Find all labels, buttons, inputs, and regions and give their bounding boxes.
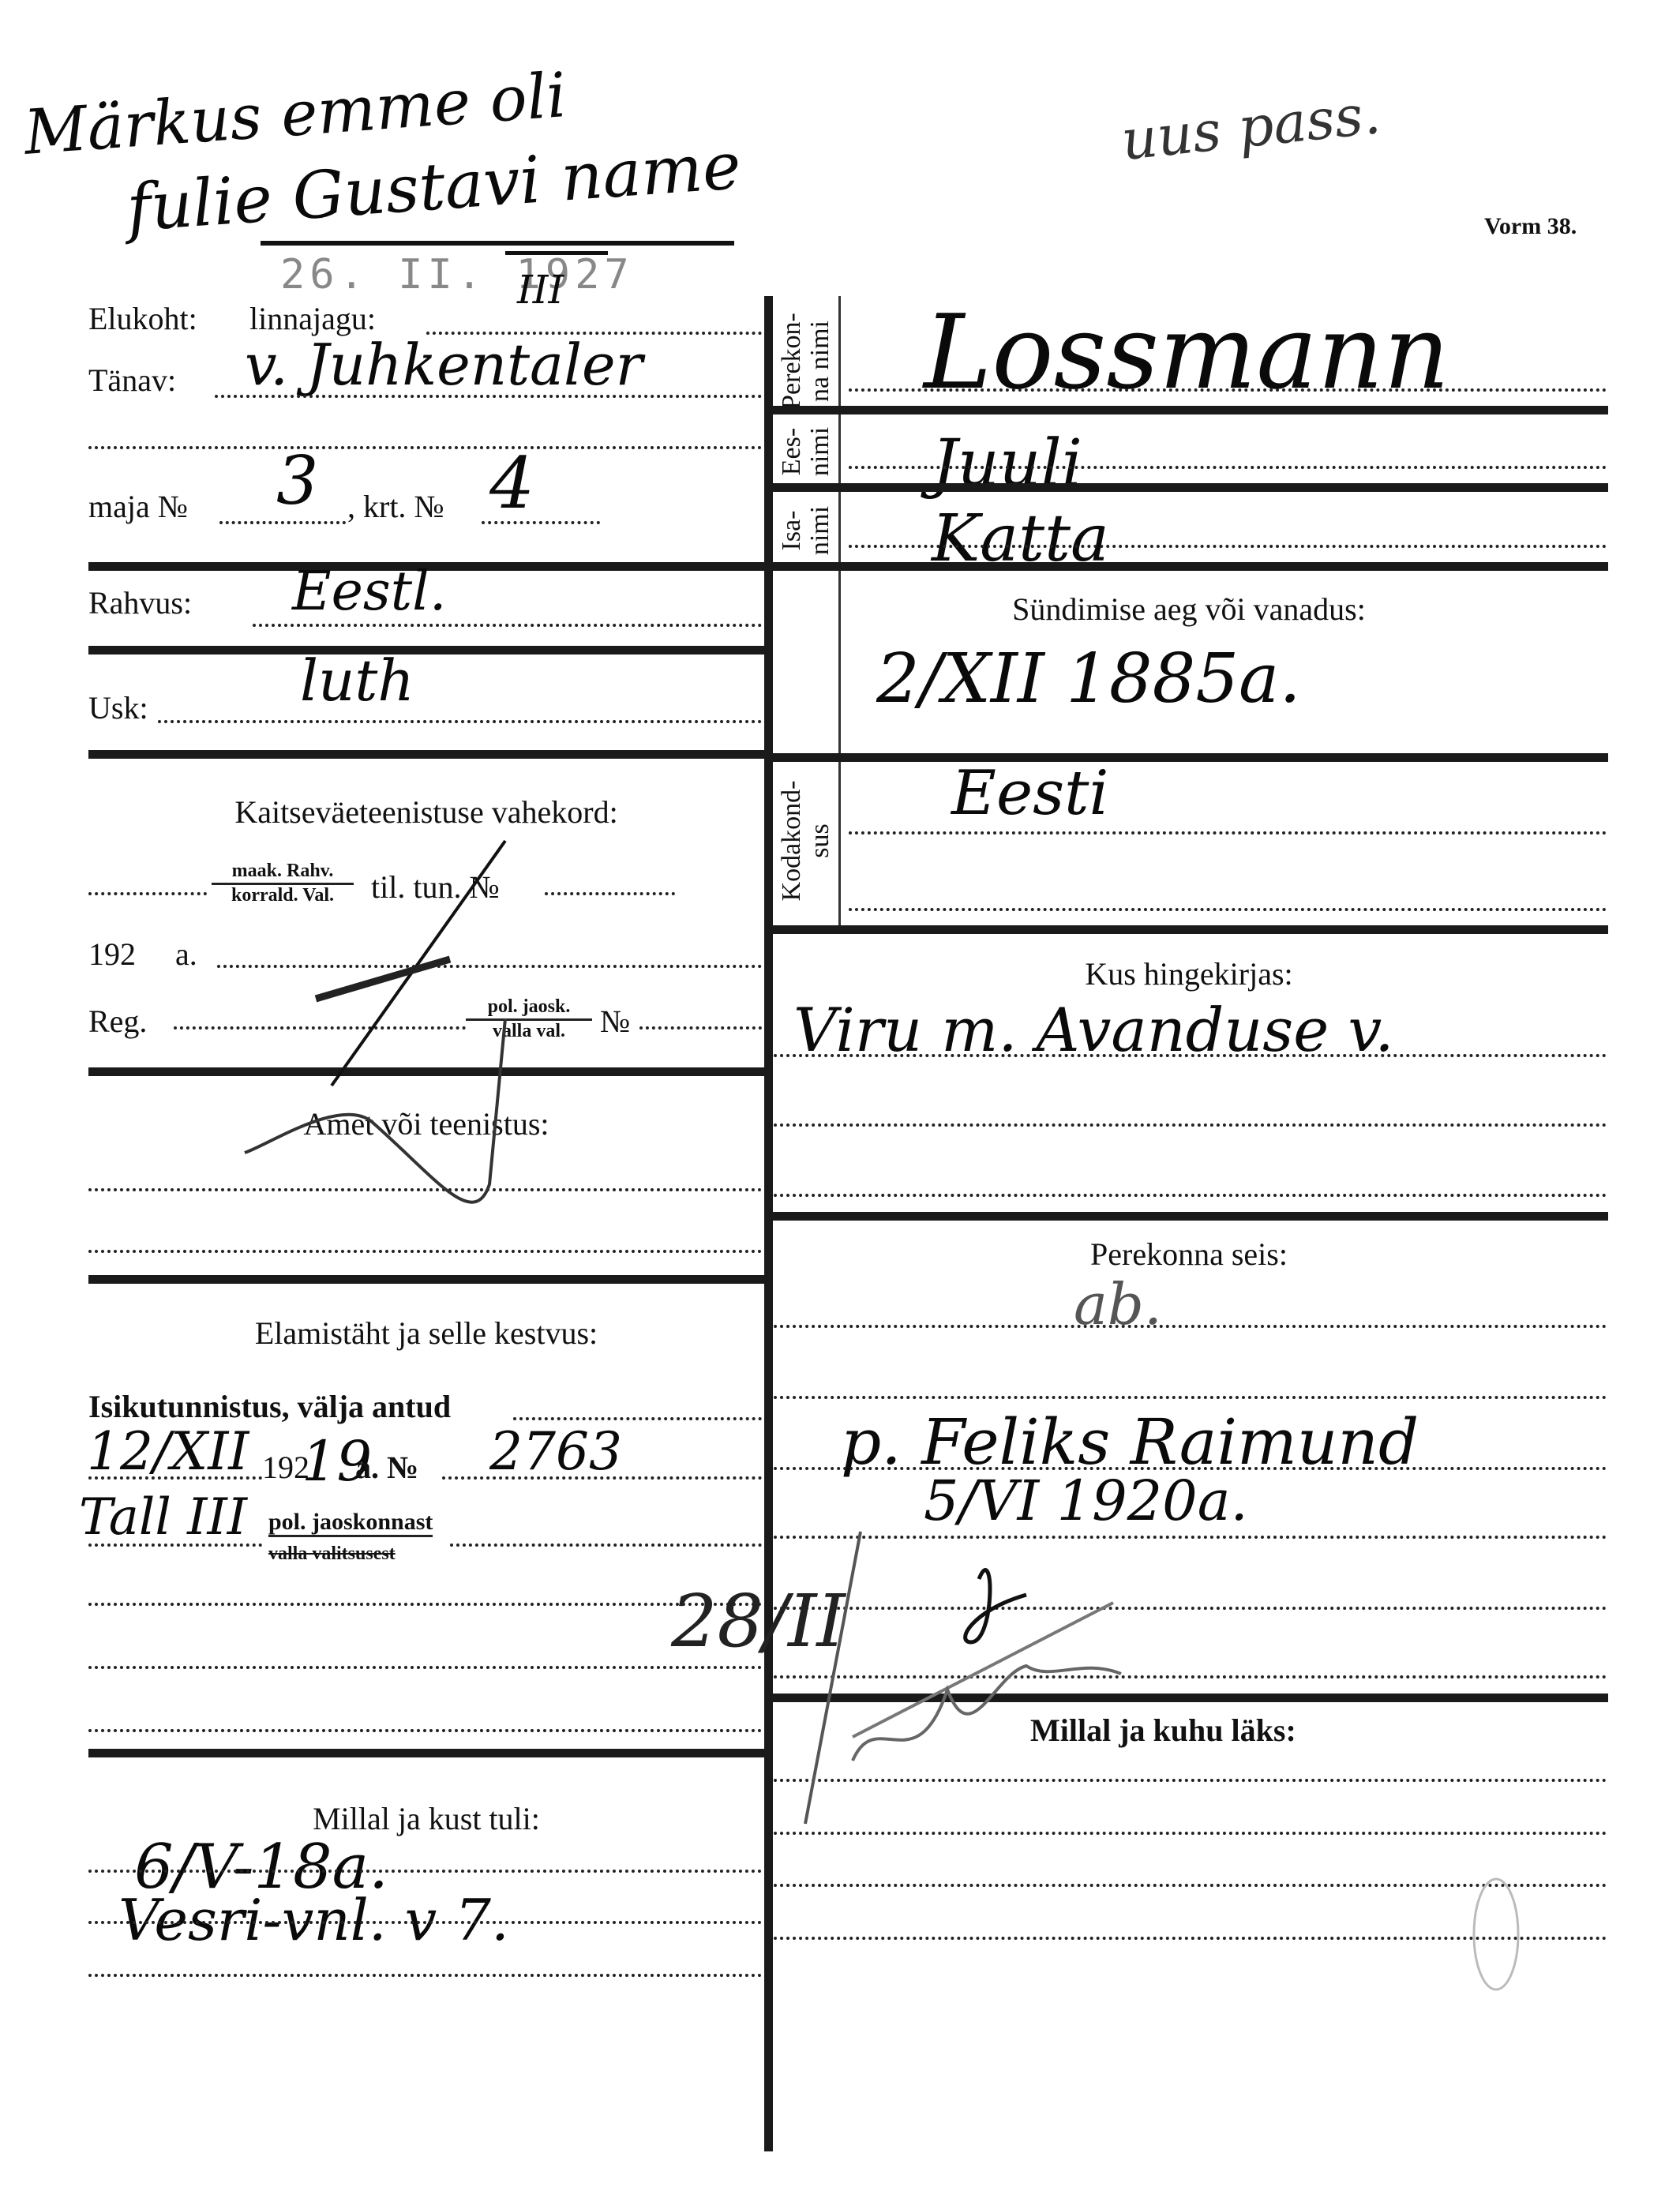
military-cancel-strokes	[0, 0, 1680, 2198]
